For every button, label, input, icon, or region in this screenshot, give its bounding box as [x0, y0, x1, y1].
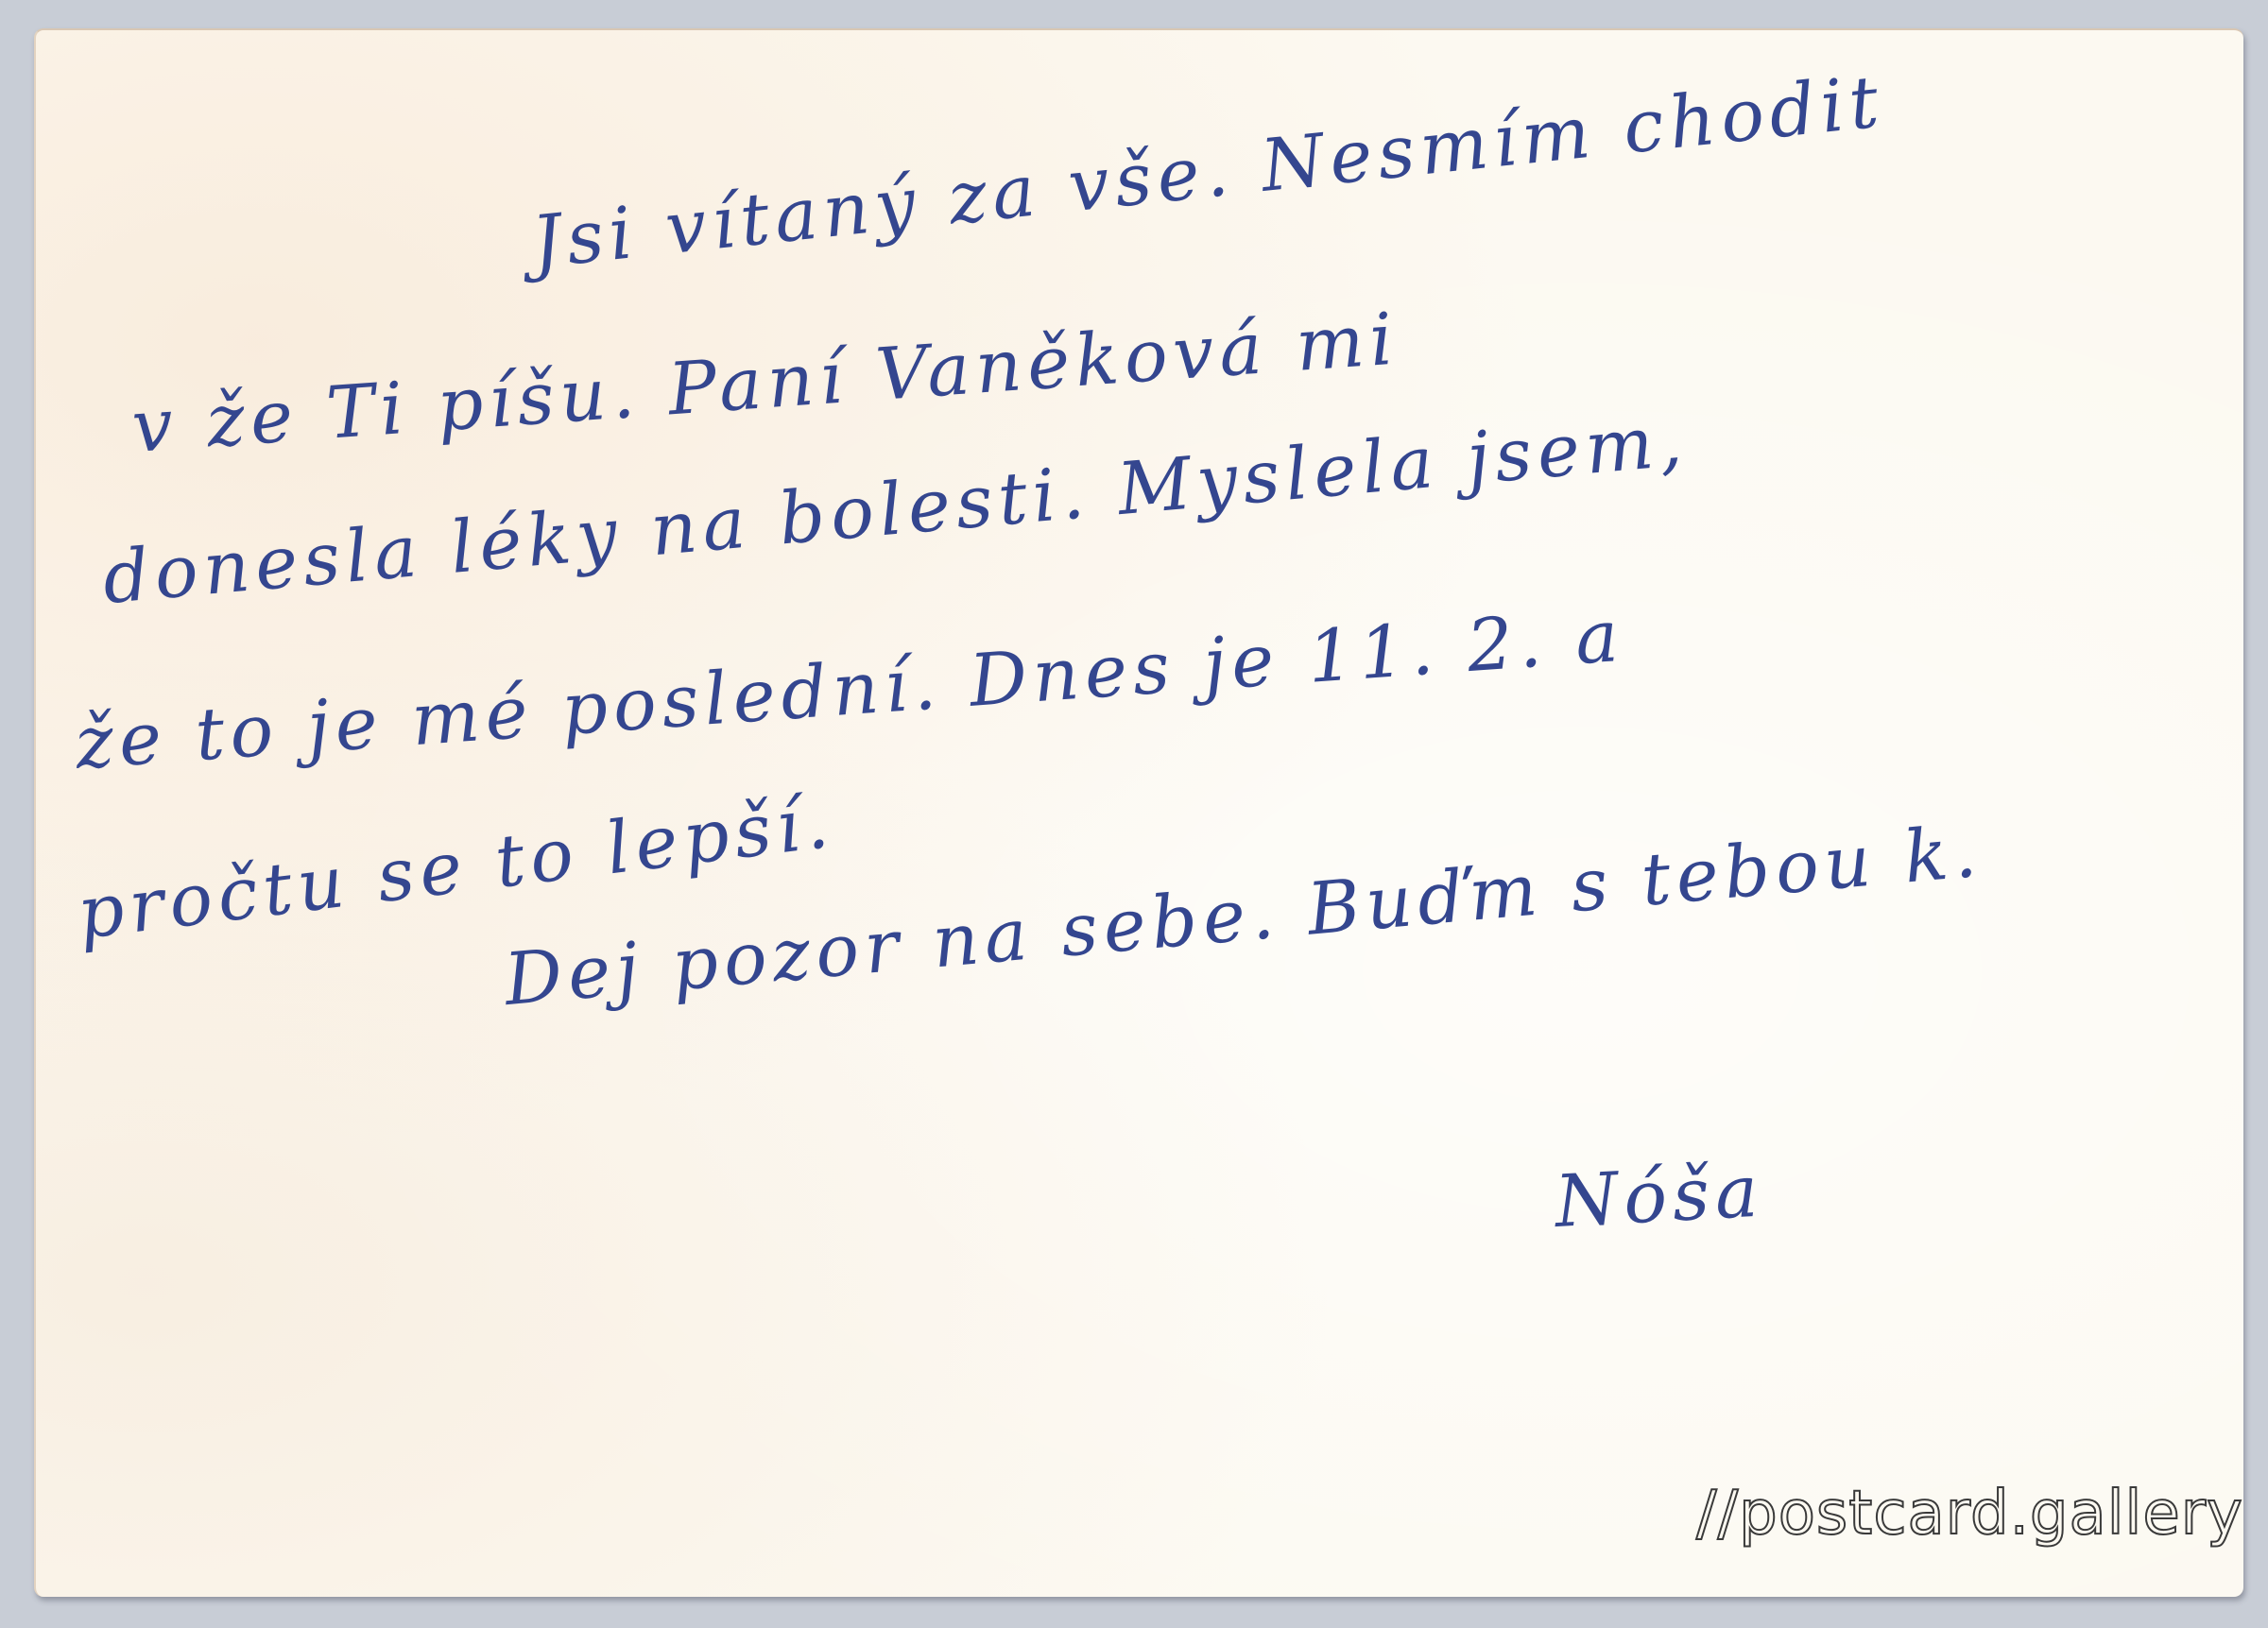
handwritten-line-1: Jsi vítaný za vše. Nesmím chodit: [528, 59, 1888, 284]
watermark: //postcard.gallery: [1696, 1479, 2243, 1549]
signature: Nóša: [1553, 1149, 1765, 1243]
postcard: Jsi vítaný za vše. Nesmím chodit v že Ti…: [34, 28, 2243, 1597]
handwritten-line-4: že to je mé poslední. Dnes je 11. 2. a: [73, 593, 1626, 785]
